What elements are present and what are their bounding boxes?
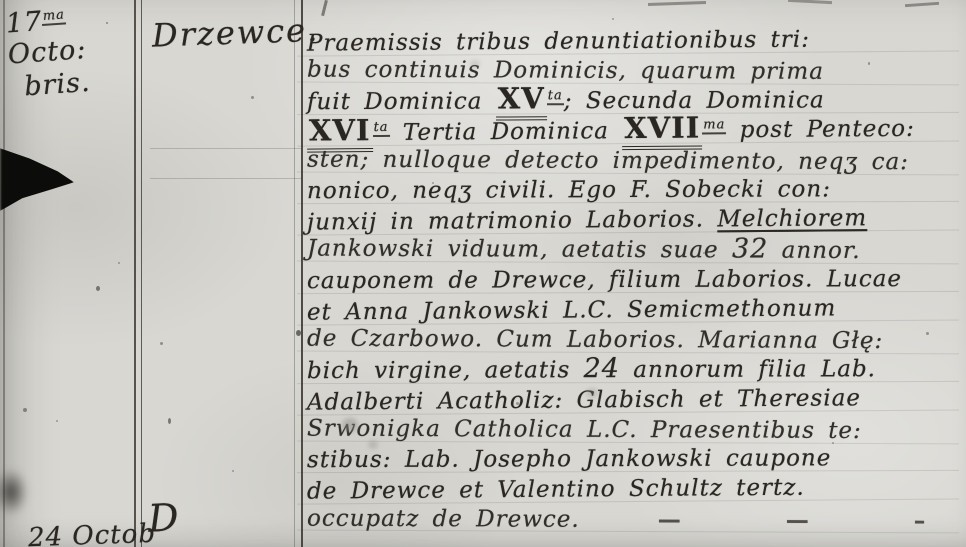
record-line: Praemissis tribus denuntiationibus tri: — [307, 24, 963, 59]
record-line: de Drewce et Valentino Schultz tertz. — [307, 473, 963, 508]
record-line: occupatz de Drewce.— — – — [307, 504, 963, 537]
record-line: cauponem de Drewce, filium Laborios. Luc… — [307, 265, 963, 297]
entry-place-name: Drzewce. — [151, 11, 302, 54]
record-line: XVIta Tertia Dominica XVIIma post Pentec… — [307, 114, 963, 149]
next-entry-date-partial: 24 Octob — [28, 519, 157, 547]
record-line: stibus: Lab. Josepho Jankowski caupone — [307, 444, 963, 476]
record-line: et Anna Jankowski L.C. Semicmethonum — [307, 293, 963, 328]
record-line: sten; nulloque detecto impedimento, neqʒ… — [307, 145, 963, 178]
left-margin-rule — [3, 0, 5, 547]
cropped-stroke-mark — [788, 0, 832, 4]
date-place-divider-rule-inner — [141, 0, 142, 547]
baseline-guide — [150, 148, 302, 149]
record-text-block: Praemissis tribus denuntiationibus tri: … — [307, 27, 963, 535]
cropped-stroke-mark — [905, 2, 939, 7]
record-line: de Czarbowo. Cum Laborios. Marianna Głę: — [307, 324, 963, 357]
entry-date-line2: bris. — [23, 63, 139, 102]
parish-register-scan: 17ma Octo: bris. 24 Octob Drzewce. D Pra… — [0, 0, 966, 547]
place-record-divider-rule-faint — [294, 0, 295, 547]
cropped-stroke-mark — [321, 0, 328, 16]
record-line: Srwonigka Catholica L.C. Praesentibus te… — [307, 414, 963, 447]
ink-blot-left-edge — [0, 147, 74, 211]
cropped-stroke-mark — [648, 1, 706, 6]
ink-smudge-bottom-left — [0, 468, 28, 516]
record-line: bich virgine, aetatis 24 annorum filia L… — [307, 355, 963, 387]
record-line: nonico, neqʒ civili. Ego F. Sobecki con: — [307, 175, 963, 207]
record-line: Jankowski viduum, aetatis suae 32 annor. — [307, 235, 963, 268]
baseline-guide — [150, 178, 302, 179]
record-line: junxij in matrimonio Laborios. Melchiore… — [307, 204, 963, 239]
entry-date: 17ma Octo: bris. — [5, 0, 139, 103]
record-line: bus continuis Dominicis, quarum prima — [307, 55, 963, 88]
record-line: Adalberti Acatholiz: Glabisch et Theresi… — [307, 383, 963, 418]
entry-date-line1: 17ma Octo: — [5, 0, 137, 70]
next-entry-place-partial: D — [147, 495, 180, 541]
